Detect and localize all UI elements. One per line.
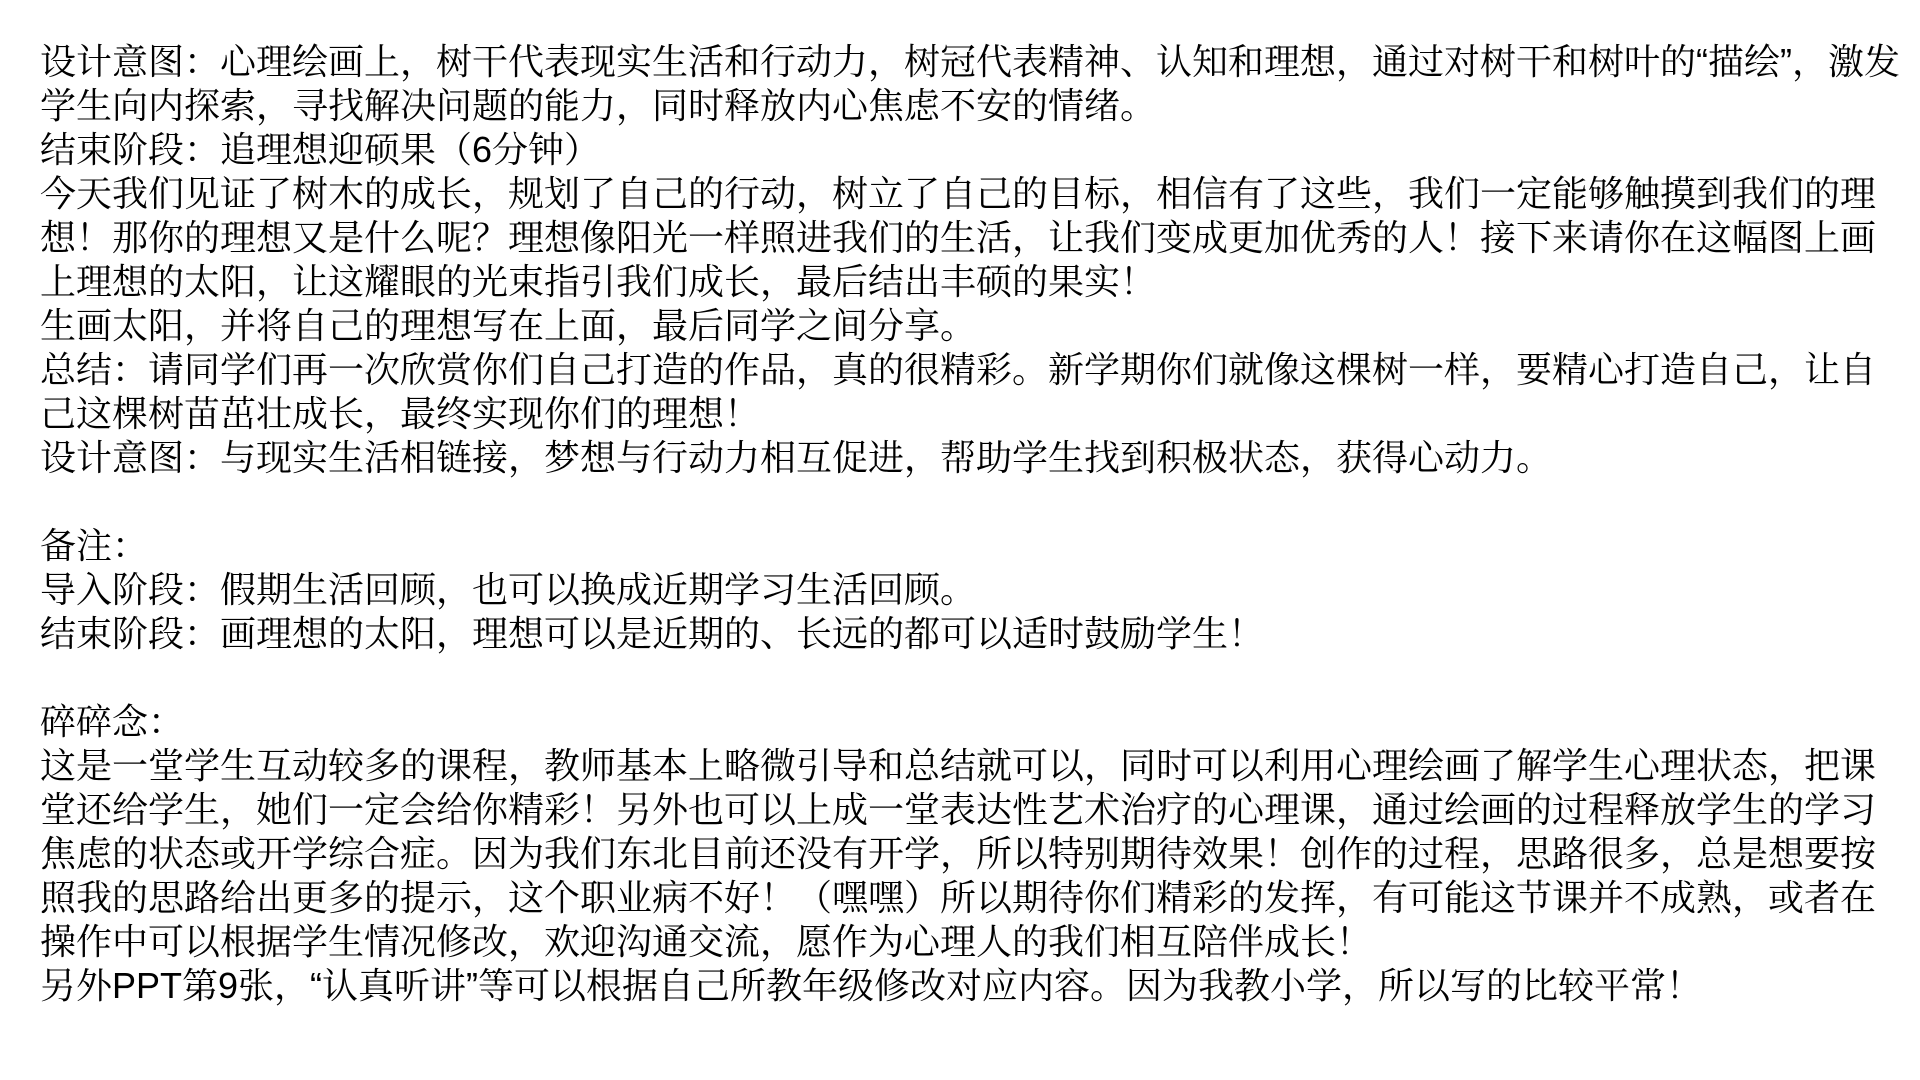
blank-line	[40, 656, 1910, 700]
text-line: 总结：请同学们再一次欣赏你们自己打造的作品，真的很精彩。新学期你们就像这棵树一样…	[40, 348, 1910, 392]
text-line: 己这棵树苗茁壮成长，最终实现你们的理想！	[40, 392, 1910, 436]
text-line: 上理想的太阳，让这耀眼的光束指引我们成长，最后结出丰硕的果实！	[40, 260, 1910, 304]
text-line: 备注：	[40, 524, 1910, 568]
text-line: 碎碎念：	[40, 700, 1910, 744]
text-line: 结束阶段：画理想的太阳，理想可以是近期的、长远的都可以适时鼓励学生！	[40, 612, 1910, 656]
document-page: 设计意图：心理绘画上，树干代表现实生活和行动力，树冠代表精神、认知和理想，通过对…	[0, 0, 1920, 1080]
text-line: 生画太阳，并将自己的理想写在上面，最后同学之间分享。	[40, 304, 1910, 348]
text-line: 结束阶段：追理想迎硕果（6分钟）	[40, 128, 1910, 172]
blank-line	[40, 480, 1910, 524]
text-line: 设计意图：心理绘画上，树干代表现实生活和行动力，树冠代表精神、认知和理想，通过对…	[40, 40, 1910, 84]
text-line: 学生向内探索，寻找解决问题的能力，同时释放内心焦虑不安的情绪。	[40, 84, 1910, 128]
text-line: 照我的思路给出更多的提示，这个职业病不好！（嘿嘿）所以期待你们精彩的发挥，有可能…	[40, 876, 1910, 920]
text-line: 这是一堂学生互动较多的课程，教师基本上略微引导和总结就可以，同时可以利用心理绘画…	[40, 744, 1910, 788]
text-line: 想！那你的理想又是什么呢？理想像阳光一样照进我们的生活，让我们变成更加优秀的人！…	[40, 216, 1910, 260]
text-line: 设计意图：与现实生活相链接，梦想与行动力相互促进，帮助学生找到积极状态，获得心动…	[40, 436, 1910, 480]
text-line: 焦虑的状态或开学综合症。因为我们东北目前还没有开学，所以特别期待效果！创作的过程…	[40, 832, 1910, 876]
text-line: 堂还给学生，她们一定会给你精彩！另外也可以上成一堂表达性艺术治疗的心理课，通过绘…	[40, 788, 1910, 832]
text-line: 操作中可以根据学生情况修改，欢迎沟通交流，愿作为心理人的我们相互陪伴成长！	[40, 920, 1910, 964]
text-line: 今天我们见证了树木的成长，规划了自己的行动，树立了自己的目标，相信有了这些，我们…	[40, 172, 1910, 216]
text-line: 另外PPT第9张，“认真听讲”等可以根据自己所教年级修改对应内容。因为我教小学，…	[40, 964, 1910, 1008]
text-line: 导入阶段：假期生活回顾，也可以换成近期学习生活回顾。	[40, 568, 1910, 612]
